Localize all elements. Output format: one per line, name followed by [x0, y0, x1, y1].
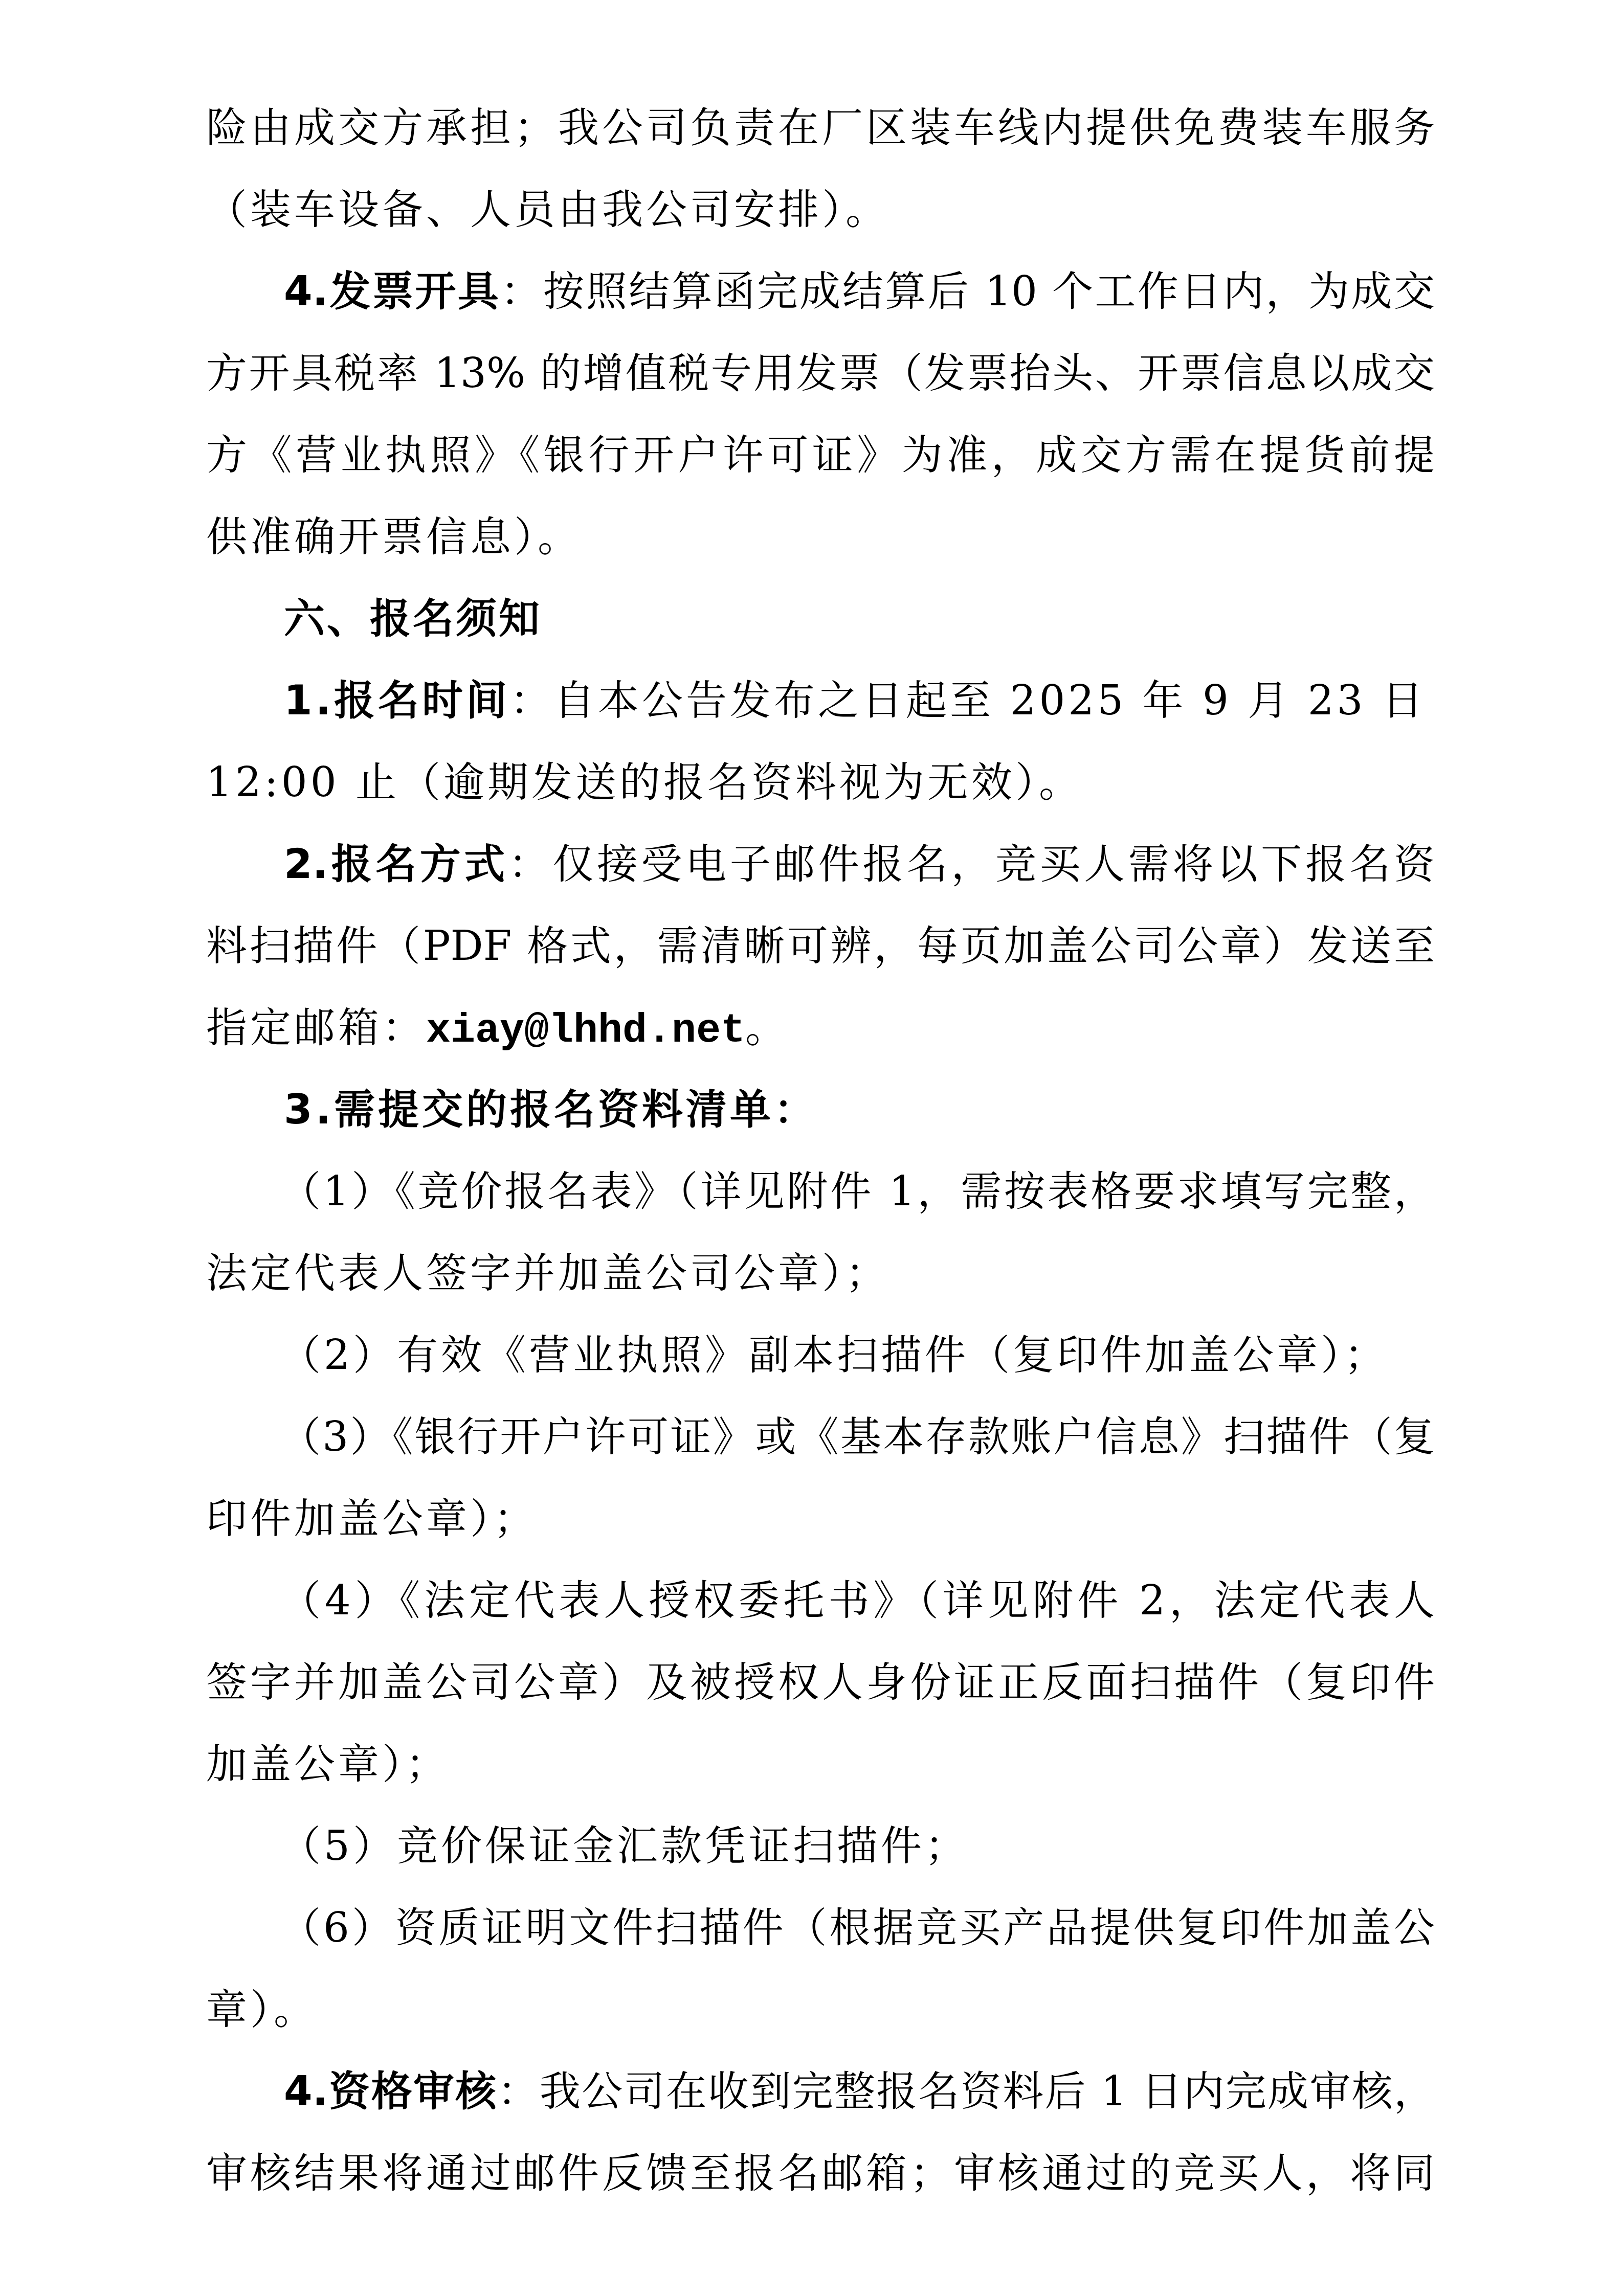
body-text: 方《营业执照》《银行开户许可证》为准，成交方需在提货前提 — [206, 431, 1435, 479]
section-heading: 六、报名须知 — [206, 593, 1435, 644]
paragraph-line: 印件加盖公章）； — [206, 1493, 1435, 1544]
body-text: 料扫描件（PDF 格式，需清晰可辨，每页加盖公司公章）发送至 — [206, 922, 1435, 970]
list-item: （1）《竞价报名表》（详见附件 1，需按表格要求填写完整， — [206, 1166, 1435, 1217]
document-page: 险由成交方承担；我公司负责在厂区装车线内提供免费装车服务 （装车设备、人员由我公… — [0, 0, 1624, 2296]
paragraph-line: 指定邮箱：xiay@lhhd.net。 — [206, 1002, 1435, 1053]
body-text: （2）有效《营业执照》副本扫描件（复印件加盖公章）； — [280, 1331, 1388, 1379]
paragraph-line: 审核结果将通过邮件反馈至报名邮箱；审核通过的竞买人，将同 — [206, 2148, 1435, 2199]
body-text: （5）竞价保证金汇款凭证扫描件； — [280, 1822, 969, 1870]
body-text: （4）《法定代表人授权委托书》（详见附件 2，法定代表人 — [280, 1577, 1435, 1624]
section-item-qualification-review: 4.资格审核：我公司在收到完整报名资料后 1 日内完成审核， — [206, 2066, 1435, 2117]
body-text: 方开具税率 13% 的增值税专用发票（发票抬头、开票信息以成交 — [206, 349, 1435, 397]
item-label: 3.需提交的报名资料清单： — [284, 1086, 818, 1133]
paragraph-line: （装车设备、人员由我公司安排）。 — [206, 184, 1435, 235]
body-text: （1）《竞价报名表》（详见附件 1，需按表格要求填写完整， — [280, 1167, 1435, 1215]
section-item-materials-list: 3.需提交的报名资料清单： — [206, 1084, 1435, 1135]
paragraph-line: 险由成交方承担；我公司负责在厂区装车线内提供免费装车服务 — [206, 102, 1435, 153]
section-item-invoice: 4.发票开具：按照结算函完成结算后 10 个工作日内，为成交 — [206, 266, 1435, 317]
section-title: 六、报名须知 — [284, 595, 542, 642]
paragraph-line: 料扫描件（PDF 格式，需清晰可辨，每页加盖公司公章）发送至 — [206, 920, 1435, 972]
body-text: （装车设备、人员由我公司安排）。 — [206, 186, 889, 233]
paragraph-line: 章）。 — [206, 1984, 1435, 2035]
body-text: 加盖公章）； — [206, 1740, 450, 1788]
paragraph-line: 签字并加盖公司公章）及被授权人身份证正反面扫描件（复印件 — [206, 1657, 1435, 1708]
email-link[interactable]: xiay@lhhd.net — [426, 1008, 745, 1054]
body-text: ：按照结算函完成结算后 10 个工作日内，为成交 — [501, 267, 1435, 315]
list-item: （4）《法定代表人授权委托书》（详见附件 2，法定代表人 — [206, 1575, 1435, 1626]
body-text: 12:00 止（逾期发送的报名资料视为无效）。 — [206, 758, 1083, 806]
body-text: 险由成交方承担；我公司负责在厂区装车线内提供免费装车服务 — [206, 104, 1435, 151]
list-item: （3）《银行开户许可证》或《基本存款账户信息》扫描件（复 — [206, 1411, 1435, 1462]
body-text: 法定代表人签字并加盖公司公章）； — [206, 1249, 889, 1297]
paragraph-line: 12:00 止（逾期发送的报名资料视为无效）。 — [206, 757, 1435, 808]
body-text: 供准确开票信息）。 — [206, 513, 582, 560]
body-text: 印件加盖公章）； — [206, 1495, 538, 1542]
item-label: 2.报名方式 — [284, 840, 508, 888]
body-text: ：我公司在收到完整报名资料后 1 日内完成审核， — [498, 2067, 1435, 2115]
list-item: （6）资质证明文件扫描件（根据竞买产品提供复印件加盖公 — [206, 1902, 1435, 1953]
body-text: ：自本公告发布之日起至 2025 年 9 月 23 日 — [510, 677, 1426, 724]
paragraph-line: 法定代表人签字并加盖公司公章）； — [206, 1248, 1435, 1299]
body-text: ：仅接受电子邮件报名，竞买人需将以下报名资 — [508, 840, 1435, 888]
paragraph-line: 加盖公章）； — [206, 1739, 1435, 1790]
body-text: 指定邮箱： — [206, 1004, 426, 1051]
body-text: 审核结果将通过邮件反馈至报名邮箱；审核通过的竞买人，将同 — [206, 2149, 1435, 2197]
body-text: （3）《银行开户许可证》或《基本存款账户信息》扫描件（复 — [280, 1413, 1435, 1460]
item-label: 4.发票开具 — [284, 267, 501, 315]
body-text: 。 — [745, 1004, 789, 1051]
list-item: （2）有效《营业执照》副本扫描件（复印件加盖公章）； — [206, 1330, 1435, 1381]
list-item: （5）竞价保证金汇款凭证扫描件； — [206, 1820, 1435, 1872]
body-text: 章）。 — [206, 1986, 318, 2033]
body-text: 签字并加盖公司公章）及被授权人身份证正反面扫描件（复印件 — [206, 1658, 1435, 1706]
body-text: （6）资质证明文件扫描件（根据竞买产品提供复印件加盖公 — [280, 1904, 1435, 1951]
paragraph-line: 方《营业执照》《银行开户许可证》为准，成交方需在提货前提 — [206, 430, 1435, 481]
section-item-registration-time: 1.报名时间：自本公告发布之日起至 2025 年 9 月 23 日 — [206, 675, 1435, 726]
item-label: 1.报名时间 — [284, 677, 510, 724]
item-label: 4.资格审核 — [284, 2067, 498, 2115]
section-item-registration-method: 2.报名方式：仅接受电子邮件报名，竞买人需将以下报名资 — [206, 839, 1435, 890]
paragraph-line: 方开具税率 13% 的增值税专用发票（发票抬头、开票信息以成交 — [206, 348, 1435, 399]
paragraph-line: 供准确开票信息）。 — [206, 511, 1435, 562]
